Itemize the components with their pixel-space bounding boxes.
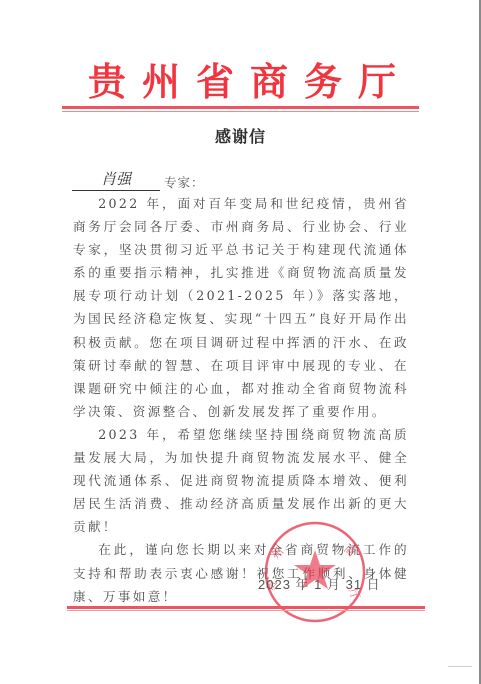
letter-date: 2023 年 1 月 31 日 xyxy=(258,574,381,593)
letterhead-rule xyxy=(62,106,419,109)
letter-page: 贵州省商务厅 感谢信 肖强 专家： 2022 年，面对百年变局和世纪疫情，贵州省… xyxy=(0,0,479,684)
letter-title: 感谢信 xyxy=(0,124,481,147)
recipient-name: 肖强 xyxy=(72,168,160,191)
letterhead-rule-thin xyxy=(62,111,419,112)
salutation-suffix: 专家： xyxy=(164,173,205,191)
footer-rule xyxy=(67,606,425,609)
scroll-marker xyxy=(448,666,472,667)
footer-rule-thin xyxy=(67,610,425,611)
organization-letterhead: 贵州省商务厅 xyxy=(88,60,398,104)
salutation: 肖强 专家： xyxy=(72,168,205,191)
paragraph-1: 2022 年，面对百年变局和世纪疫情，贵州省商务厅会同各厅委、市州商务局、行业协… xyxy=(73,192,409,423)
